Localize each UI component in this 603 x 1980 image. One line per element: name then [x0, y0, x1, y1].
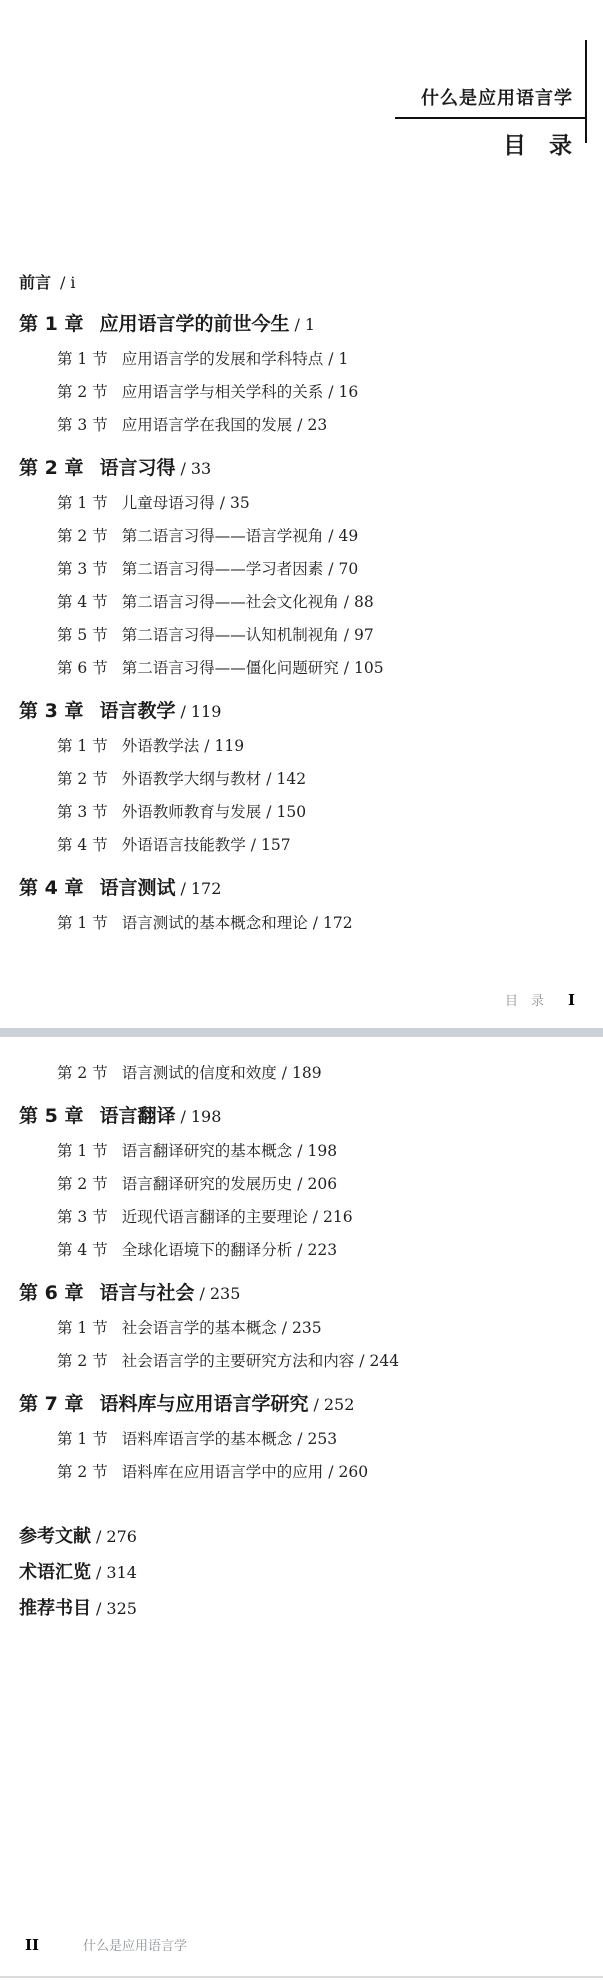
section-page-number: 23 [307, 416, 327, 434]
page-separator: / [297, 1430, 302, 1448]
section-title: 外语教学法 [122, 737, 200, 755]
toc-section-row: 第 3 节外语教师教育与发展/150 [19, 796, 593, 829]
chapter-title: 语言测试 [99, 877, 175, 899]
section-label: 第 2 节 [57, 1175, 108, 1193]
toc-back-matter-list: 参考文献/276 术语汇览/314 推荐书目/325 [19, 1523, 593, 1623]
section-title: 语言翻译研究的发展历史 [122, 1175, 293, 1193]
page-separator: / [220, 494, 225, 512]
section-page-number: 244 [369, 1352, 399, 1370]
section-label: 第 1 节 [57, 1430, 108, 1448]
toc-section-row: 第 2 节语料库在应用语言学中的应用/260 [19, 1456, 593, 1489]
section-page-number: 142 [276, 770, 306, 788]
chapter-page-number: 33 [191, 459, 211, 478]
section-title: 外语教师教育与发展 [122, 803, 262, 821]
page-separator: / [328, 383, 333, 401]
back-matter-page-number: 314 [106, 1563, 137, 1582]
header-vertical-rule [585, 40, 587, 143]
page-separator: / [344, 593, 349, 611]
section-page-number: 223 [307, 1241, 337, 1259]
back-matter-page-number: 276 [106, 1527, 137, 1546]
toc-section-row: 第 2 节语言测试的信度和效度/189 [19, 1057, 593, 1090]
section-page-number: 97 [354, 626, 374, 644]
page-separator: / [180, 879, 185, 898]
page-separator: / [344, 659, 349, 677]
section-label: 第 3 节 [57, 560, 108, 578]
section-label: 第 1 节 [57, 1319, 108, 1337]
toc-section-row: 第 1 节社会语言学的基本概念/235 [19, 1312, 593, 1345]
page-separator: / [180, 702, 185, 721]
page-1-footer: 目 录I [505, 990, 575, 1009]
section-title: 语言测试的基本概念和理论 [122, 914, 308, 932]
page-separator: / [60, 273, 65, 292]
section-title: 语言测试的信度和效度 [122, 1064, 277, 1082]
toc-section-row: 第 1 节外语教学法/119 [19, 730, 593, 763]
toc-back-matter-row: 推荐书目/325 [19, 1595, 593, 1623]
page-separator: / [328, 350, 333, 368]
section-label: 第 3 节 [57, 1208, 108, 1226]
toc-chapter-row: 第 3 章语言教学/119 [19, 697, 593, 726]
section-title: 全球化语境下的翻译分析 [122, 1241, 293, 1259]
page-separator: / [251, 836, 256, 854]
toc-chapter-row: 第 6 章语言与社会/235 [19, 1279, 593, 1308]
section-page-number: 198 [307, 1142, 337, 1160]
section-page-number: 157 [261, 836, 291, 854]
toc-section-row: 第 4 节全球化语境下的翻译分析/223 [19, 1234, 593, 1267]
section-label: 第 4 节 [57, 593, 108, 611]
toc-section-row: 第 6 节第二语言习得——僵化问题研究/105 [19, 652, 593, 685]
section-title: 第二语言习得——认知机制视角 [122, 626, 339, 644]
chapter-label: 第 5 章 [19, 1105, 83, 1127]
toc-section-row: 第 2 节语言翻译研究的发展历史/206 [19, 1168, 593, 1201]
page-separator: / [297, 416, 302, 434]
toc-chapter-row: 第 2 章语言习得/33 [19, 454, 593, 483]
toc-section-row: 第 1 节语言翻译研究的基本概念/198 [19, 1135, 593, 1168]
toc-section-row: 第 3 节第二语言习得——学习者因素/70 [19, 553, 593, 586]
section-label: 第 4 节 [57, 836, 108, 854]
toc-section-row: 第 2 节社会语言学的主要研究方法和内容/244 [19, 1345, 593, 1378]
header-horizontal-rule [395, 117, 585, 119]
section-page-number: 235 [292, 1319, 322, 1337]
toc-section-row: 第 4 节外语语言技能教学/157 [19, 829, 593, 862]
section-label: 第 4 节 [57, 1241, 108, 1259]
toc-section-row: 第 4 节第二语言习得——社会文化视角/88 [19, 586, 593, 619]
section-page-number: 49 [338, 527, 358, 545]
toc-chapter-row: 第 5 章语言翻译/198 [19, 1102, 593, 1131]
section-title: 第二语言习得——社会文化视角 [122, 593, 339, 611]
section-title: 儿童母语习得 [122, 494, 215, 512]
section-page-number: 1 [338, 350, 348, 368]
page-separator: / [297, 1175, 302, 1193]
page-2-footer: II什么是应用语言学 [25, 1935, 187, 1954]
chapter-label: 第 4 章 [19, 877, 83, 899]
page-separator: / [344, 626, 349, 644]
section-label: 第 3 节 [57, 803, 108, 821]
section-label: 第 2 节 [57, 770, 108, 788]
page-separator: / [313, 914, 318, 932]
back-matter-title: 推荐书目 [19, 1598, 91, 1619]
section-title: 近现代语言翻译的主要理论 [122, 1208, 308, 1226]
page-separator: / [204, 737, 209, 755]
page-separator-band [0, 1028, 603, 1037]
toc-section-row: 第 2 节外语教学大纲与教材/142 [19, 763, 593, 796]
page-separator: / [266, 770, 271, 788]
chapter-page-number: 235 [210, 1284, 241, 1303]
page-separator: / [328, 527, 333, 545]
chapter-title: 语言翻译 [99, 1105, 175, 1127]
section-page-number: 216 [323, 1208, 353, 1226]
chapter-title: 语言教学 [99, 700, 175, 722]
page-separator: / [266, 803, 271, 821]
toc-section-row: 第 2 节应用语言学与相关学科的关系/16 [19, 376, 593, 409]
toc-page-2: 第 2 节语言测试的信度和效度/189 第 5 章语言翻译/198 第 1 节语… [0, 1037, 603, 1980]
section-title: 社会语言学的基本概念 [122, 1319, 277, 1337]
section-label: 第 6 节 [57, 659, 108, 677]
toc-chapter-row: 第 4 章语言测试/172 [19, 874, 593, 903]
page-separator: / [359, 1352, 364, 1370]
chapter-page-number: 119 [191, 702, 222, 721]
page-separator: / [199, 1284, 204, 1303]
page-separator: / [282, 1319, 287, 1337]
chapter-label: 第 6 章 [19, 1282, 83, 1304]
toc-section-row: 第 3 节近现代语言翻译的主要理论/216 [19, 1201, 593, 1234]
section-title: 第二语言习得——学习者因素 [122, 560, 324, 578]
section-label: 第 1 节 [57, 350, 108, 368]
page-separator: / [96, 1527, 101, 1546]
front-matter-title: 前言 [19, 273, 51, 292]
toc-page-1: 什么是应用语言学 目 录 前言/i 第 1 章应用语言学的前世今生/1 第 1 … [0, 0, 603, 1028]
section-label: 第 1 节 [57, 494, 108, 512]
section-page-number: 119 [214, 737, 244, 755]
toc-section-row: 第 5 节第二语言习得——认知机制视角/97 [19, 619, 593, 652]
toc-section-row: 第 2 节第二语言习得——语言学视角/49 [19, 520, 593, 553]
footer-page-number: I [568, 991, 575, 1009]
chapter-page-number: 1 [305, 315, 315, 334]
page-separator: / [294, 315, 299, 334]
chapter-label: 第 2 章 [19, 457, 83, 479]
section-label: 第 3 节 [57, 416, 108, 434]
toc-section-row: 第 3 节应用语言学在我国的发展/23 [19, 409, 593, 442]
section-page-number: 16 [338, 383, 358, 401]
section-label: 第 2 节 [57, 383, 108, 401]
page-separator: / [180, 459, 185, 478]
page-separator: / [96, 1599, 101, 1618]
footer-toc-label: 目 录 [505, 994, 544, 1009]
page-separator: / [297, 1142, 302, 1160]
chapter-label: 第 7 章 [19, 1393, 83, 1415]
section-title: 第二语言习得——语言学视角 [122, 527, 324, 545]
section-label: 第 1 节 [57, 914, 108, 932]
footer-book-title: 什么是应用语言学 [83, 1939, 187, 1954]
chapter-title: 应用语言学的前世今生 [99, 313, 289, 335]
section-label: 第 5 节 [57, 626, 108, 644]
chapter-title: 语言与社会 [99, 1282, 194, 1304]
section-title: 社会语言学的主要研究方法和内容 [122, 1352, 355, 1370]
page-separator: / [313, 1395, 318, 1414]
chapter-page-number: 252 [324, 1395, 355, 1414]
section-title: 语料库在应用语言学中的应用 [122, 1463, 324, 1481]
page-separator: / [297, 1241, 302, 1259]
toc-back-matter-row: 术语汇览/314 [19, 1559, 593, 1587]
section-title: 外语教学大纲与教材 [122, 770, 262, 788]
back-matter-title: 术语汇览 [19, 1562, 91, 1583]
back-matter-title: 参考文献 [19, 1526, 91, 1547]
footer-page-number: II [25, 1936, 39, 1954]
section-page-number: 172 [323, 914, 353, 932]
section-page-number: 88 [354, 593, 374, 611]
section-title: 应用语言学在我国的发展 [122, 416, 293, 434]
section-label: 第 2 节 [57, 1463, 108, 1481]
section-page-number: 253 [307, 1430, 337, 1448]
front-matter-page-number: i [70, 273, 75, 292]
section-title: 语言翻译研究的基本概念 [122, 1142, 293, 1160]
toc-list-page-2: 第 2 节语言测试的信度和效度/189 第 5 章语言翻译/198 第 1 节语… [0, 1037, 603, 1623]
section-page-number: 150 [276, 803, 306, 821]
bottom-hairline [0, 1976, 603, 1978]
toc-title: 目 录 [503, 127, 572, 160]
toc-section-row: 第 1 节语言测试的基本概念和理论/172 [19, 907, 593, 940]
section-label: 第 2 节 [57, 1352, 108, 1370]
section-label: 第 1 节 [57, 1142, 108, 1160]
section-label: 第 2 节 [57, 1064, 108, 1082]
chapter-title: 语料库与应用语言学研究 [99, 1393, 308, 1415]
page-separator: / [328, 1463, 333, 1481]
running-head-book-title: 什么是应用语言学 [421, 84, 573, 110]
section-title: 应用语言学与相关学科的关系 [122, 383, 324, 401]
toc-section-row: 第 1 节语料库语言学的基本概念/253 [19, 1423, 593, 1456]
page-separator: / [313, 1208, 318, 1226]
section-page-number: 105 [354, 659, 384, 677]
chapter-title: 语言习得 [99, 457, 175, 479]
page-separator: / [328, 560, 333, 578]
section-label: 第 1 节 [57, 737, 108, 755]
section-page-number: 70 [338, 560, 358, 578]
section-page-number: 206 [307, 1175, 337, 1193]
section-page-number: 260 [338, 1463, 368, 1481]
page-separator: / [96, 1563, 101, 1582]
section-page-number: 35 [230, 494, 250, 512]
chapter-page-number: 172 [191, 879, 222, 898]
section-page-number: 189 [292, 1064, 322, 1082]
section-title: 外语语言技能教学 [122, 836, 246, 854]
section-title: 应用语言学的发展和学科特点 [122, 350, 324, 368]
toc-section-row: 第 1 节儿童母语习得/35 [19, 487, 593, 520]
section-title: 语料库语言学的基本概念 [122, 1430, 293, 1448]
section-title: 第二语言习得——僵化问题研究 [122, 659, 339, 677]
chapter-label: 第 3 章 [19, 700, 83, 722]
back-matter-page-number: 325 [106, 1599, 137, 1618]
chapter-page-number: 198 [191, 1107, 222, 1126]
page-separator: / [180, 1107, 185, 1126]
toc-back-matter-row: 参考文献/276 [19, 1523, 593, 1551]
toc-front-matter-row: 前言/i [19, 272, 593, 294]
section-label: 第 2 节 [57, 527, 108, 545]
chapter-label: 第 1 章 [19, 313, 83, 335]
toc-chapter-row: 第 1 章应用语言学的前世今生/1 [19, 310, 593, 339]
toc-section-row: 第 1 节应用语言学的发展和学科特点/1 [19, 343, 593, 376]
toc-chapter-row: 第 7 章语料库与应用语言学研究/252 [19, 1390, 593, 1419]
page-separator: / [282, 1064, 287, 1082]
